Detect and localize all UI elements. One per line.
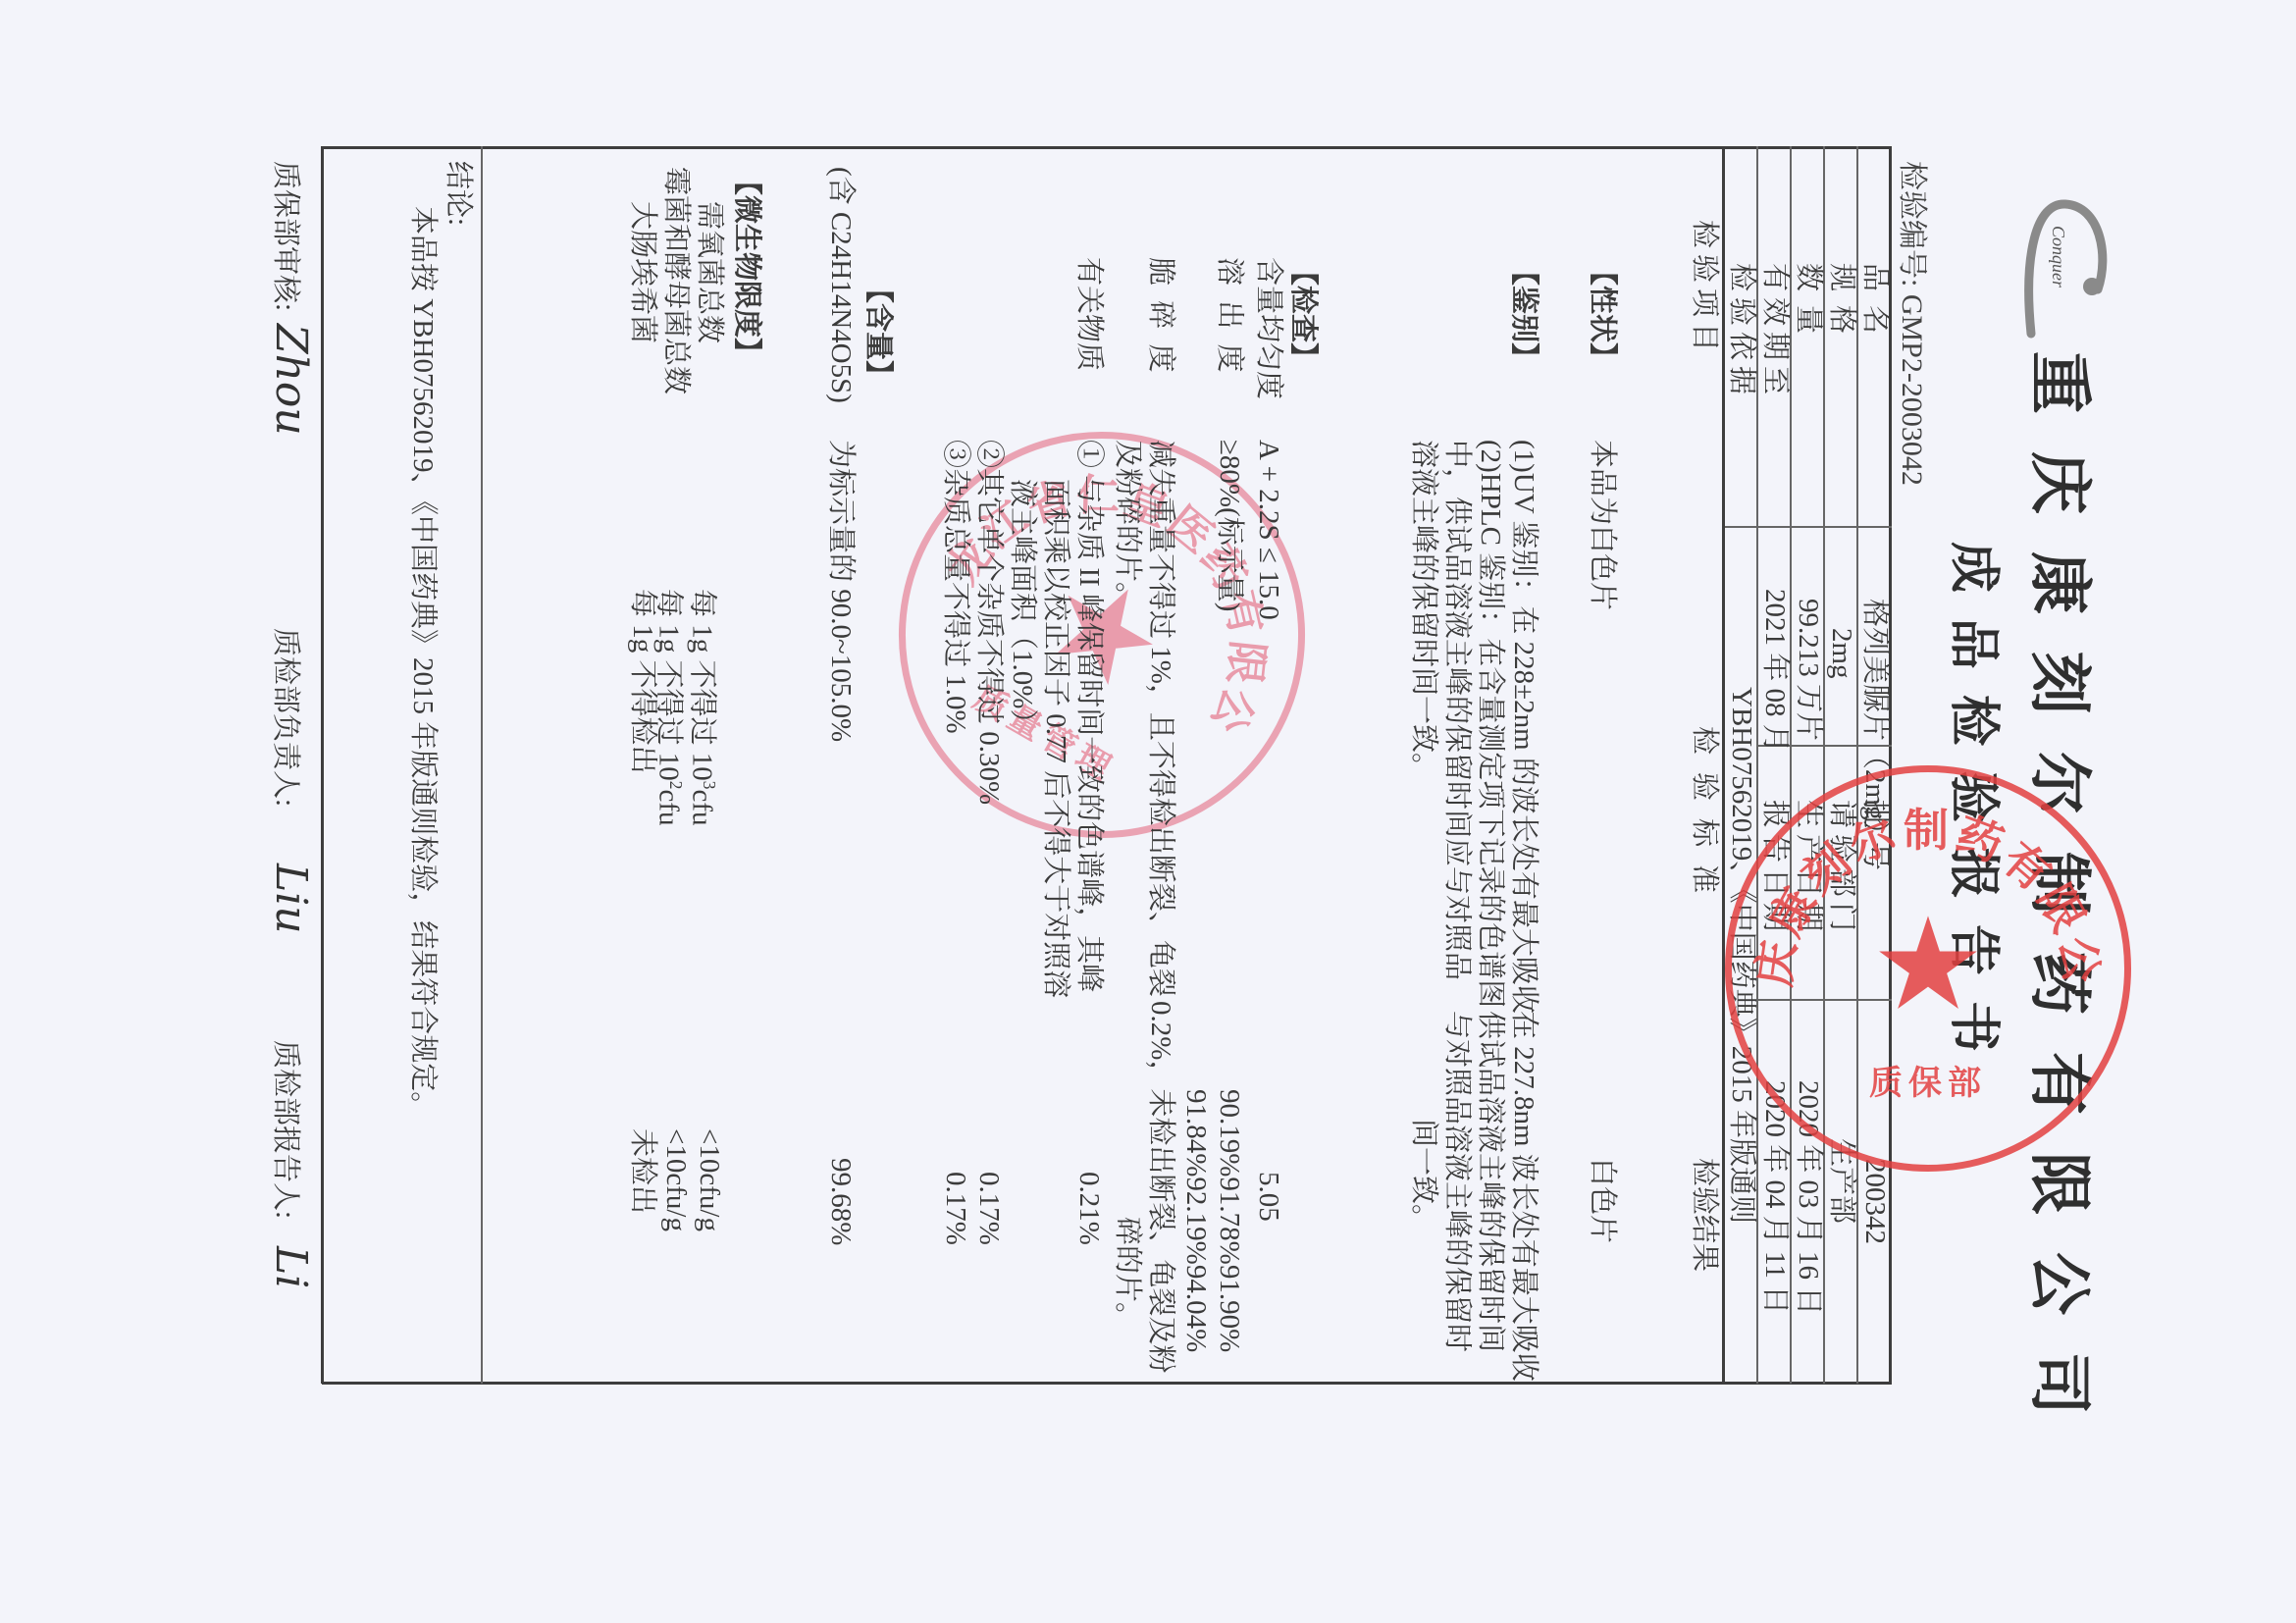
label-basis: 检验依据: [1725, 263, 1758, 400]
company-logo-icon: Conquer: [2021, 196, 2110, 343]
test-item-standard-line: 面积乘以校正因子 0.77 后不得大于对照溶: [1039, 479, 1072, 998]
test-item-name: 脆 碎 度: [1144, 257, 1177, 377]
frame-right: [322, 1382, 1892, 1385]
label-product-name: 品名: [1858, 263, 1892, 347]
microbial-item-standard: 每 1g 不得检出: [626, 589, 659, 774]
assay-formula: (含 C24H14N4O5S): [824, 167, 858, 403]
test-item-result-line: 0.17%: [939, 1172, 972, 1245]
section-microbial: 【微生物限度】: [730, 167, 763, 366]
identification-standard-line: (1)UV 鉴别：在 228±2nm 的波长处有最大吸收: [1507, 440, 1540, 1014]
column-header-item: 检验项目: [1688, 220, 1721, 357]
microbial-item-name: 霉菌和酵母菌总数: [659, 167, 693, 394]
identification-standard: (1)UV 鉴别：在 228±2nm 的波长处有最大吸收(2)HPLC 鉴别：在…: [1407, 440, 1540, 1014]
microbial-item-result: 未检出: [626, 1128, 659, 1214]
test-item-result-line: 0.17%: [972, 1172, 1006, 1245]
doc-number: 检验编号: GMP2-2003042: [1894, 161, 1937, 486]
appearance-standard: 本品为白色片: [1586, 440, 1619, 610]
label-spec: 规格: [1825, 263, 1858, 347]
inspection-report-page: Conquer 重庆康刻尔制药有限公司 成品检验报告书 检验编号: GMP2-2…: [0, 0, 2296, 1623]
section-appearance: 【性状】: [1586, 257, 1619, 371]
qa-review-label: 质保部审核:: [269, 161, 302, 311]
test-item-standard-line: A + 2.2S ≤ 15.0: [1252, 440, 1285, 620]
logo-text: Conquer: [2049, 226, 2068, 288]
identification-standard-line: 溶液主峰的保留时间一致。: [1407, 440, 1440, 1014]
qc-reporter-signature: Li: [266, 1246, 316, 1288]
label-expiry: 有效期至: [1758, 263, 1792, 400]
frame-bottom: [321, 146, 324, 1384]
conclusion-label: 结论:: [442, 161, 475, 226]
star-icon: ★: [1871, 902, 1986, 1029]
stamp-center-text: 质保部: [1732, 1056, 2124, 1104]
test-item-standard-line: 减失重量不得过 1%，且不得检出断裂、龟裂: [1144, 440, 1177, 997]
test-item-standard-line: ≥80%(标示量): [1213, 440, 1246, 611]
identification-result-line: 供试品溶液主峰的保留时间: [1474, 1011, 1507, 1382]
microbial-item-name: 需氧菌总数: [693, 201, 726, 343]
test-item-result-line: 0.2%，未检出断裂、龟裂及粉: [1144, 1001, 1177, 1373]
qc-head-signature: Liu: [266, 864, 316, 934]
assay-result: 99.68%: [824, 1158, 858, 1245]
section-tests: 【检查】: [1286, 257, 1320, 371]
test-item-result-line: 90.19%91.78%91.90%: [1213, 1089, 1246, 1352]
appearance-result: 白色片: [1586, 1158, 1619, 1243]
test-item-standard-line: ②其它单个杂质不得过 0.30%: [972, 440, 1006, 805]
test-item-standard-line: 及粉碎的片。: [1111, 440, 1144, 610]
identification-result-line: 间一致。: [1407, 1011, 1440, 1382]
qc-reporter-label: 质检部报告人:: [269, 1040, 302, 1219]
identification-result-line: 与对照品溶液主峰的保留时: [1440, 1011, 1474, 1382]
test-item-standard-line: 液主峰面积（1.0%）: [1006, 479, 1039, 737]
frame-left: [322, 146, 1892, 149]
microbial-item-name: 大肠埃希菌: [626, 201, 659, 343]
test-item-name: 有关物质: [1072, 257, 1106, 371]
value-expiry: 2021 年 08 月: [1758, 589, 1792, 753]
test-item-standard-line: ① 与杂质 II 峰保留时间一致的色谱峰，其峰: [1072, 440, 1106, 992]
identification-result: 在 227.8nm 波长处有最大吸收供试品溶液主峰的保留时间与对照品溶液主峰的保…: [1407, 1011, 1540, 1382]
microbial-item-result: <10cfu/g: [693, 1128, 726, 1231]
grid-line: [1725, 526, 1758, 528]
grid-line: [1758, 526, 1892, 528]
conclusion-text: 本品按 YBH07562019、《中国药典》2015 年版通则检验，结果符合规定…: [406, 206, 440, 1120]
company-seal-stamp: 重庆康刻尔制药有限公司 ★ 质保部: [1725, 765, 2131, 1172]
test-item-name: 含量均匀度: [1252, 257, 1285, 399]
test-item-standard-line: ③杂质总量不得过 1.0%: [939, 440, 972, 734]
doc-number-value: GMP2-2003042: [1896, 294, 1928, 486]
value-spec: 2mg: [1825, 628, 1858, 679]
test-item-result-line: 5.05: [1252, 1172, 1285, 1222]
column-header-result: 检验结果: [1688, 1158, 1721, 1272]
label-quantity: 数量: [1792, 263, 1825, 347]
section-identification: 【鉴别】: [1507, 257, 1540, 371]
section-assay: 【含量】: [861, 275, 895, 389]
value-quantity: 99.213 万片: [1792, 599, 1825, 741]
conclusion-divider: [481, 146, 483, 1384]
identification-standard-line: (2)HPLC 鉴别：在含量测定项下记录的色谱图: [1474, 440, 1507, 1014]
microbial-item-result: <10cfu/g: [659, 1128, 693, 1231]
test-item-result-line: 碎的片。: [1111, 1217, 1144, 1331]
test-item-result-line: 91.84%92.19%94.04%: [1179, 1089, 1213, 1352]
doc-number-label: 检验编号:: [1896, 161, 1928, 287]
column-header-standard: 检验标准: [1688, 726, 1721, 911]
qa-review-signature: Zhou: [266, 324, 316, 436]
test-item-result-line: 0.21%: [1072, 1172, 1106, 1245]
identification-result-line: 在 227.8nm 波长处有最大吸收: [1507, 1011, 1540, 1382]
qc-head-label: 质检部负责人:: [269, 628, 302, 807]
test-item-name: 溶 出 度: [1213, 257, 1246, 377]
value-batch: 200342: [1858, 1159, 1892, 1244]
identification-standard-line: 中，供试品溶液主峰的保留时间应与对照品: [1440, 440, 1474, 1014]
